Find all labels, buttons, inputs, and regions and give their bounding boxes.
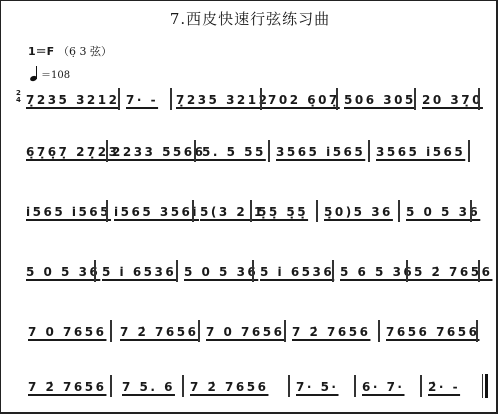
measure: 7· 5·	[296, 378, 339, 396]
measure: 7 2̇ 7656	[292, 323, 370, 341]
measure: 5 2̇ 7656	[414, 263, 492, 281]
barline	[284, 320, 286, 342]
measure: 5 i̇ 6536	[260, 263, 334, 281]
final-barline	[482, 374, 489, 398]
barline	[106, 140, 108, 162]
barline	[194, 140, 196, 162]
time-signature: 24	[16, 90, 21, 104]
measure: 5̣0)5 36	[324, 203, 393, 221]
barline	[470, 200, 472, 222]
measure: 7 2̇ 7656	[190, 378, 268, 396]
measure: 5̣5̣ 5̣5̣	[258, 203, 308, 221]
measure: 7 5. 6	[122, 378, 175, 396]
barline	[250, 200, 252, 222]
measure: 6· 7·	[362, 378, 405, 396]
barline	[468, 140, 470, 162]
barline	[316, 200, 318, 222]
measure: 2̇· -	[428, 378, 460, 396]
staff-row: i̇565 i̇565i̇565 356i̇5(3 2 15̣5̣ 5̣5̣5̣…	[14, 203, 492, 227]
measure: 7 2̇ 7656	[120, 323, 198, 341]
barline	[176, 260, 178, 282]
barline	[478, 88, 480, 110]
barline	[252, 260, 254, 282]
barline	[476, 320, 478, 342]
key-label: 1＝F	[28, 45, 54, 58]
key-signature: 1＝F （6̣ 3 弦）	[28, 43, 112, 59]
measure: 2233 5566	[112, 143, 205, 161]
measure: 5(3 2 1	[200, 203, 265, 221]
barline	[354, 375, 356, 397]
barline	[198, 320, 200, 342]
staff-row: 5 0 5 365 i̇ 65365 0 5 365 i̇ 65365 6 5 …	[14, 263, 492, 287]
score-title: 7.西皮快速行弦练习曲	[0, 8, 500, 29]
barline	[118, 88, 120, 110]
measure: 7̣235 3212	[176, 91, 269, 109]
barline	[420, 375, 422, 397]
measure: 702 6̣07̣	[268, 91, 340, 109]
measure: 7 2̇ 7656	[28, 378, 106, 396]
measure: 5 0 5 36	[26, 263, 100, 281]
measure: 5 6 5 36	[340, 263, 414, 281]
barline	[414, 88, 416, 110]
staff-row: 247̣235 32127· -7̣235 3212702 6̣07̣506 3…	[14, 91, 492, 115]
measure: 7̣235 3212	[26, 91, 119, 109]
measure: 5 i̇ 6536	[102, 263, 176, 281]
barline	[260, 88, 262, 110]
measure: 7 0 7656	[28, 323, 106, 341]
measure: 20 37̣0	[422, 91, 483, 109]
measure: i̇565 i̇565	[26, 203, 111, 221]
measure: 3565 i̇565	[376, 143, 465, 161]
barline	[288, 375, 290, 397]
barline	[94, 260, 96, 282]
tempo-marking: ＝108	[30, 66, 70, 81]
staff-row: 7 2̇ 76567 5. 67 2̇ 76567· 5·6· 7·2̇· -	[14, 378, 492, 402]
measure: 3565 i̇565	[276, 143, 365, 161]
measure: 7 0 7656	[206, 323, 284, 341]
staff-row: 7 0 76567 2̇ 76567 0 76567 2̇ 76567656 7…	[14, 323, 492, 347]
staff-row: 6̣7̣6̣7̣ 27̣232233 55665. 5 553565 i̇565…	[14, 143, 492, 167]
measure: 5 0 5 36	[184, 263, 258, 281]
barline	[192, 200, 194, 222]
measure: 5. 5 55	[202, 143, 266, 161]
measure: i̇565 356i̇	[114, 203, 199, 221]
barline	[110, 320, 112, 342]
tempo-value: ＝108	[41, 66, 70, 81]
quarter-note-icon	[30, 66, 38, 81]
barline	[406, 260, 408, 282]
barline	[332, 260, 334, 282]
barline	[378, 320, 380, 342]
barline	[268, 140, 270, 162]
barline	[398, 200, 400, 222]
barline	[368, 140, 370, 162]
barline	[106, 200, 108, 222]
barline	[110, 375, 112, 397]
barline	[182, 375, 184, 397]
measure: 506 305	[344, 91, 416, 109]
measure: 7656 7656	[386, 323, 479, 341]
barline	[170, 88, 172, 110]
measure: 7· -	[126, 91, 158, 109]
string-tuning: （6̣ 3 弦）	[58, 45, 112, 58]
barline	[478, 260, 480, 282]
barline	[336, 88, 338, 110]
